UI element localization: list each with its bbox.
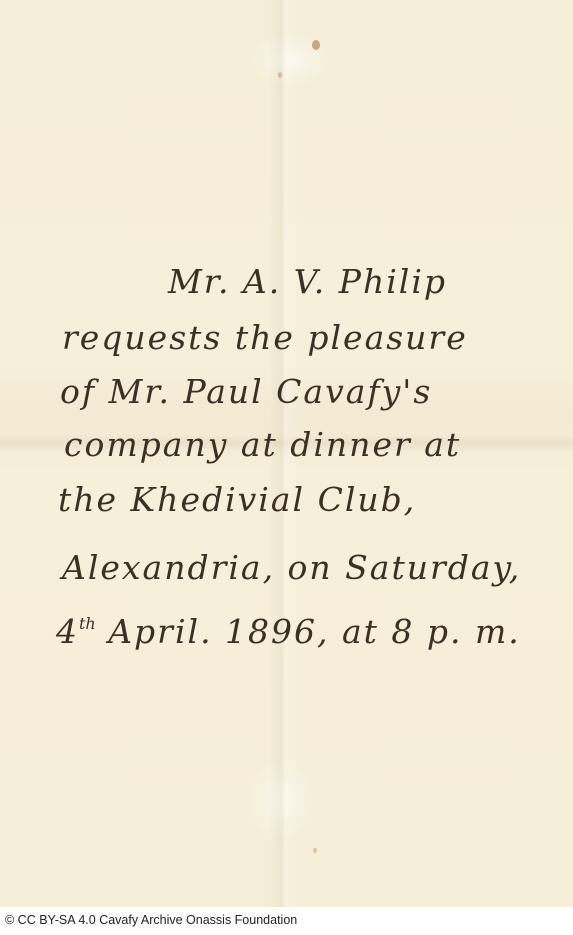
license-credit: © CC BY-SA 4.0 Cavafy Archive Onassis Fo…	[5, 913, 297, 927]
invitation-line-occasion: company at dinner at	[64, 425, 461, 465]
invitation-line-host: Mr. A. V. Philip	[168, 262, 447, 302]
date-day-suffix: th	[79, 614, 96, 633]
invitation-line-guest: of Mr. Paul Cavafy's	[60, 372, 432, 412]
invitation-line-date-time: 4th April. 1896, at 8 p. m.	[56, 604, 521, 652]
handwritten-invitation-text: Mr. A. V. Philip requests the pleasure o…	[0, 0, 573, 907]
invitation-paper: Mr. A. V. Philip requests the pleasure o…	[0, 0, 573, 907]
date-rest: April. 1896, at 8 p. m.	[96, 612, 521, 651]
invitation-line-venue: the Khedivial Club,	[58, 480, 416, 520]
credit-footer: © CC BY-SA 4.0 Cavafy Archive Onassis Fo…	[0, 907, 573, 935]
invitation-line-request: requests the pleasure	[62, 318, 468, 358]
date-day: 4	[56, 612, 79, 651]
invitation-line-city-day: Alexandria, on Saturday,	[62, 548, 521, 588]
